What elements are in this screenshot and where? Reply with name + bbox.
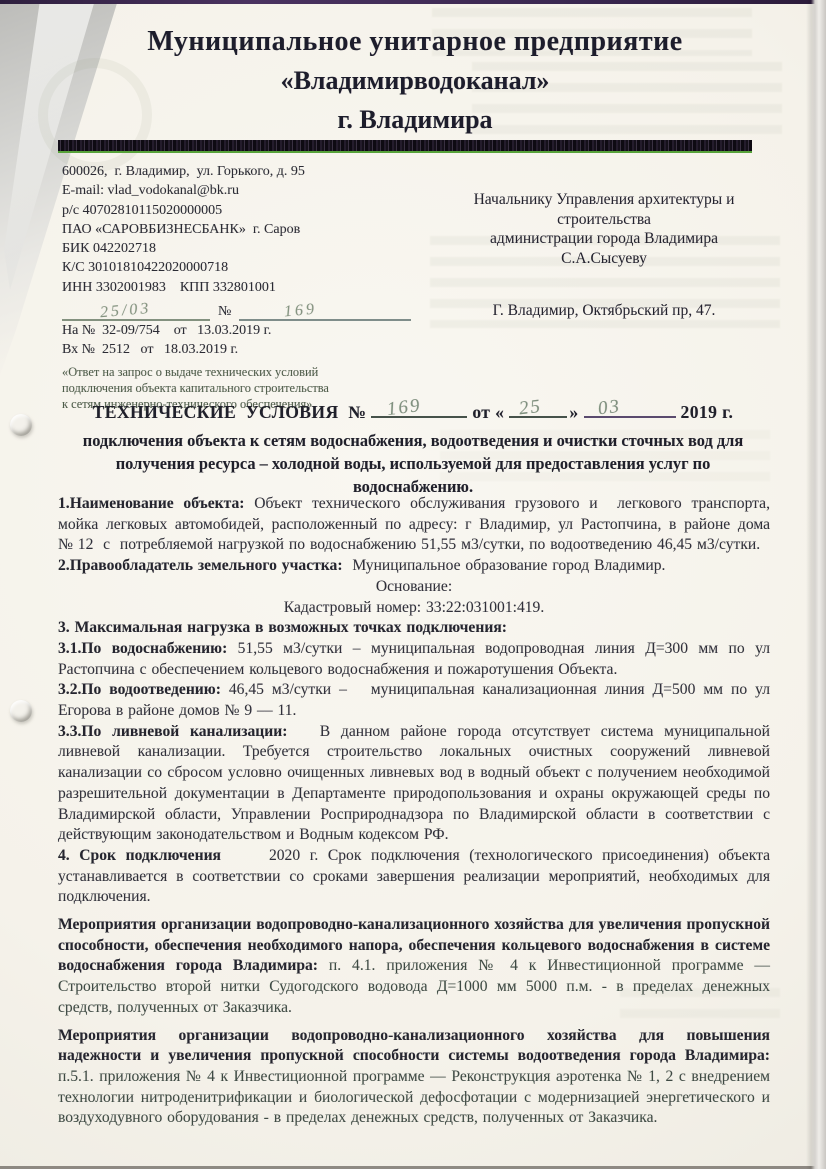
paragraph-landowner: 2.Правообладатель земельного участка: Му… — [58, 556, 770, 577]
outgoing-date-blank: 25/03 — [62, 304, 210, 321]
outgoing-number-blank: 169 — [239, 304, 411, 321]
document-title-line1: ТЕХНИЧЕСКИЕ УСЛОВИЯ №169от «25»032019 г. — [56, 401, 770, 423]
org-name-line2: «Владимирводоканал» — [70, 66, 760, 96]
sender-email: E-mail: vlad_vodokanal@bk.ru — [62, 181, 424, 200]
paragraph-label: 3.1.По водоснабжению: — [58, 640, 227, 657]
line-osnovanie: Основание: — [58, 577, 770, 598]
sender-corr-account: К/С 30101810422020000718 — [62, 258, 424, 277]
recipient-address: Г. Владимир, Октябрьский пр, 47. — [408, 301, 800, 321]
paragraph-object-name: 1.Наименование объекта: Объект техническ… — [58, 494, 770, 556]
paragraph-label: 1.Наименование объекта: — [58, 495, 244, 512]
handwritten-doc-number: 169 — [385, 395, 422, 421]
title-year: 2019 г. — [681, 402, 734, 422]
handwritten-month: 03 — [597, 396, 623, 421]
sender-requisites-block: 600026, г. Владимир, ул. Горького, д. 95… — [62, 162, 424, 412]
org-name-line3: г. Владимира — [70, 105, 760, 135]
paragraph-label: 4. Срок подключения — [58, 847, 221, 864]
line-cadastral-number: Кадастровый номер: 33:22:031001:419. — [58, 598, 770, 619]
document-title-block: ТЕХНИЧЕСКИЕ УСЛОВИЯ №169от «25»032019 г.… — [56, 401, 770, 498]
paragraph-label: 3.2.По водоотведению: — [58, 681, 221, 698]
recipient-line1: Начальнику Управления архитектуры и — [408, 190, 800, 210]
subject-line2: подключения объекта капитального строите… — [62, 380, 424, 396]
reply-to-ref-line: На № 32-09/754 от 13.03.2019 г. — [62, 321, 424, 340]
paragraph-max-load-heading: 3. Максимальная нагрузка в возможных точ… — [58, 618, 770, 639]
handwritten-day: 25 — [517, 396, 543, 421]
scan-top-edge — [0, 0, 826, 4]
subject-line1: «Ответ на запрос о выдаче технических ус… — [62, 364, 424, 380]
outgoing-ref-line: 25/03 № 169 — [62, 298, 424, 321]
paragraph-connection-term: 4. Срок подключения 2020 г. Срок подключ… — [58, 846, 770, 908]
paragraph-water-disposal: 3.2.По водоотведению: 46,45 м3/сутки – м… — [58, 680, 770, 721]
title-subline2: получения ресурса – холодной воды, испол… — [56, 453, 770, 476]
scanned-document-page: Муниципальное унитарное предприятие «Вла… — [0, 0, 826, 1169]
organization-header: Муниципальное унитарное предприятие «Вла… — [70, 26, 760, 135]
header-divider-bar — [58, 140, 752, 153]
recipient-line3: администрации города Владимира — [408, 229, 800, 249]
incoming-ref-line: Вх № 2512 от 18.03.2019 г. — [62, 340, 424, 359]
handwritten-outgoing-date: 25/03 — [100, 299, 153, 323]
paragraph-label: 3.3.По ливневой канализации: — [58, 723, 287, 740]
paragraph-storm-sewer: 3.3.По ливневой канализации: В данном ра… — [58, 722, 770, 846]
paragraph-text: п.5.1. приложения № 4 к Инвестиционной п… — [58, 1068, 770, 1126]
recipient-block: Начальнику Управления архитектуры и стро… — [408, 190, 800, 321]
sender-inn-kpp: ИНН 3302001983 КПП 332801001 — [62, 278, 424, 297]
scan-right-paper-edge — [806, 0, 826, 1169]
paragraph-label: Мероприятия организации водопроводно-кан… — [58, 1027, 770, 1065]
paragraph-measures-water-supply: Мероприятия организации водопроводно-кан… — [58, 915, 770, 1019]
paragraph-text: Муниципальное образование город Владимир… — [343, 557, 666, 574]
paragraph-water-supply: 3.1.По водоснабжению: 51,55 м3/сутки – м… — [58, 639, 770, 680]
paragraph-label: 3. Максимальная нагрузка в возможных точ… — [58, 619, 507, 636]
recipient-name: С.А.Сысуеву — [408, 249, 800, 269]
sender-postal-address: 600026, г. Владимир, ул. Горького, д. 95 — [62, 162, 424, 181]
recipient-line2: строительства — [408, 210, 800, 230]
paragraph-measures-water-disposal: Мероприятия организации водопроводно-кан… — [58, 1026, 770, 1130]
title-number-blank: 169 — [371, 401, 467, 418]
paragraph-text: В данном районе города отсутствует систе… — [58, 723, 770, 844]
title-day-blank: 25 — [509, 401, 567, 418]
document-body: 1.Наименование объекта: Объект техническ… — [58, 494, 770, 1129]
number-sign-label: № — [210, 302, 239, 321]
document-title-line2: подключения объекта к сетям водоснабжени… — [56, 430, 770, 498]
handwritten-outgoing-number: 169 — [283, 299, 318, 321]
title-ot: от « — [472, 402, 504, 422]
paragraph-label: 2.Правообладатель земельного участка: — [58, 557, 343, 574]
punch-hole — [10, 700, 32, 722]
punch-hole — [10, 414, 32, 436]
sender-settlement-account: р/с 40702810115020000005 — [62, 201, 424, 220]
title-subline1: подключения объекта к сетям водоснабжени… — [56, 430, 770, 453]
title-month-blank: 03 — [584, 401, 676, 418]
title-prefix: ТЕХНИЧЕСКИЕ УСЛОВИЯ № — [93, 402, 367, 422]
sender-bank: ПАО «САРОВБИЗНЕСБАНК» г. Саров — [62, 220, 424, 239]
org-name-line1: Муниципальное унитарное предприятие — [70, 26, 760, 58]
sender-bik: БИК 042202718 — [62, 239, 424, 258]
title-quote-close: » — [569, 402, 578, 422]
